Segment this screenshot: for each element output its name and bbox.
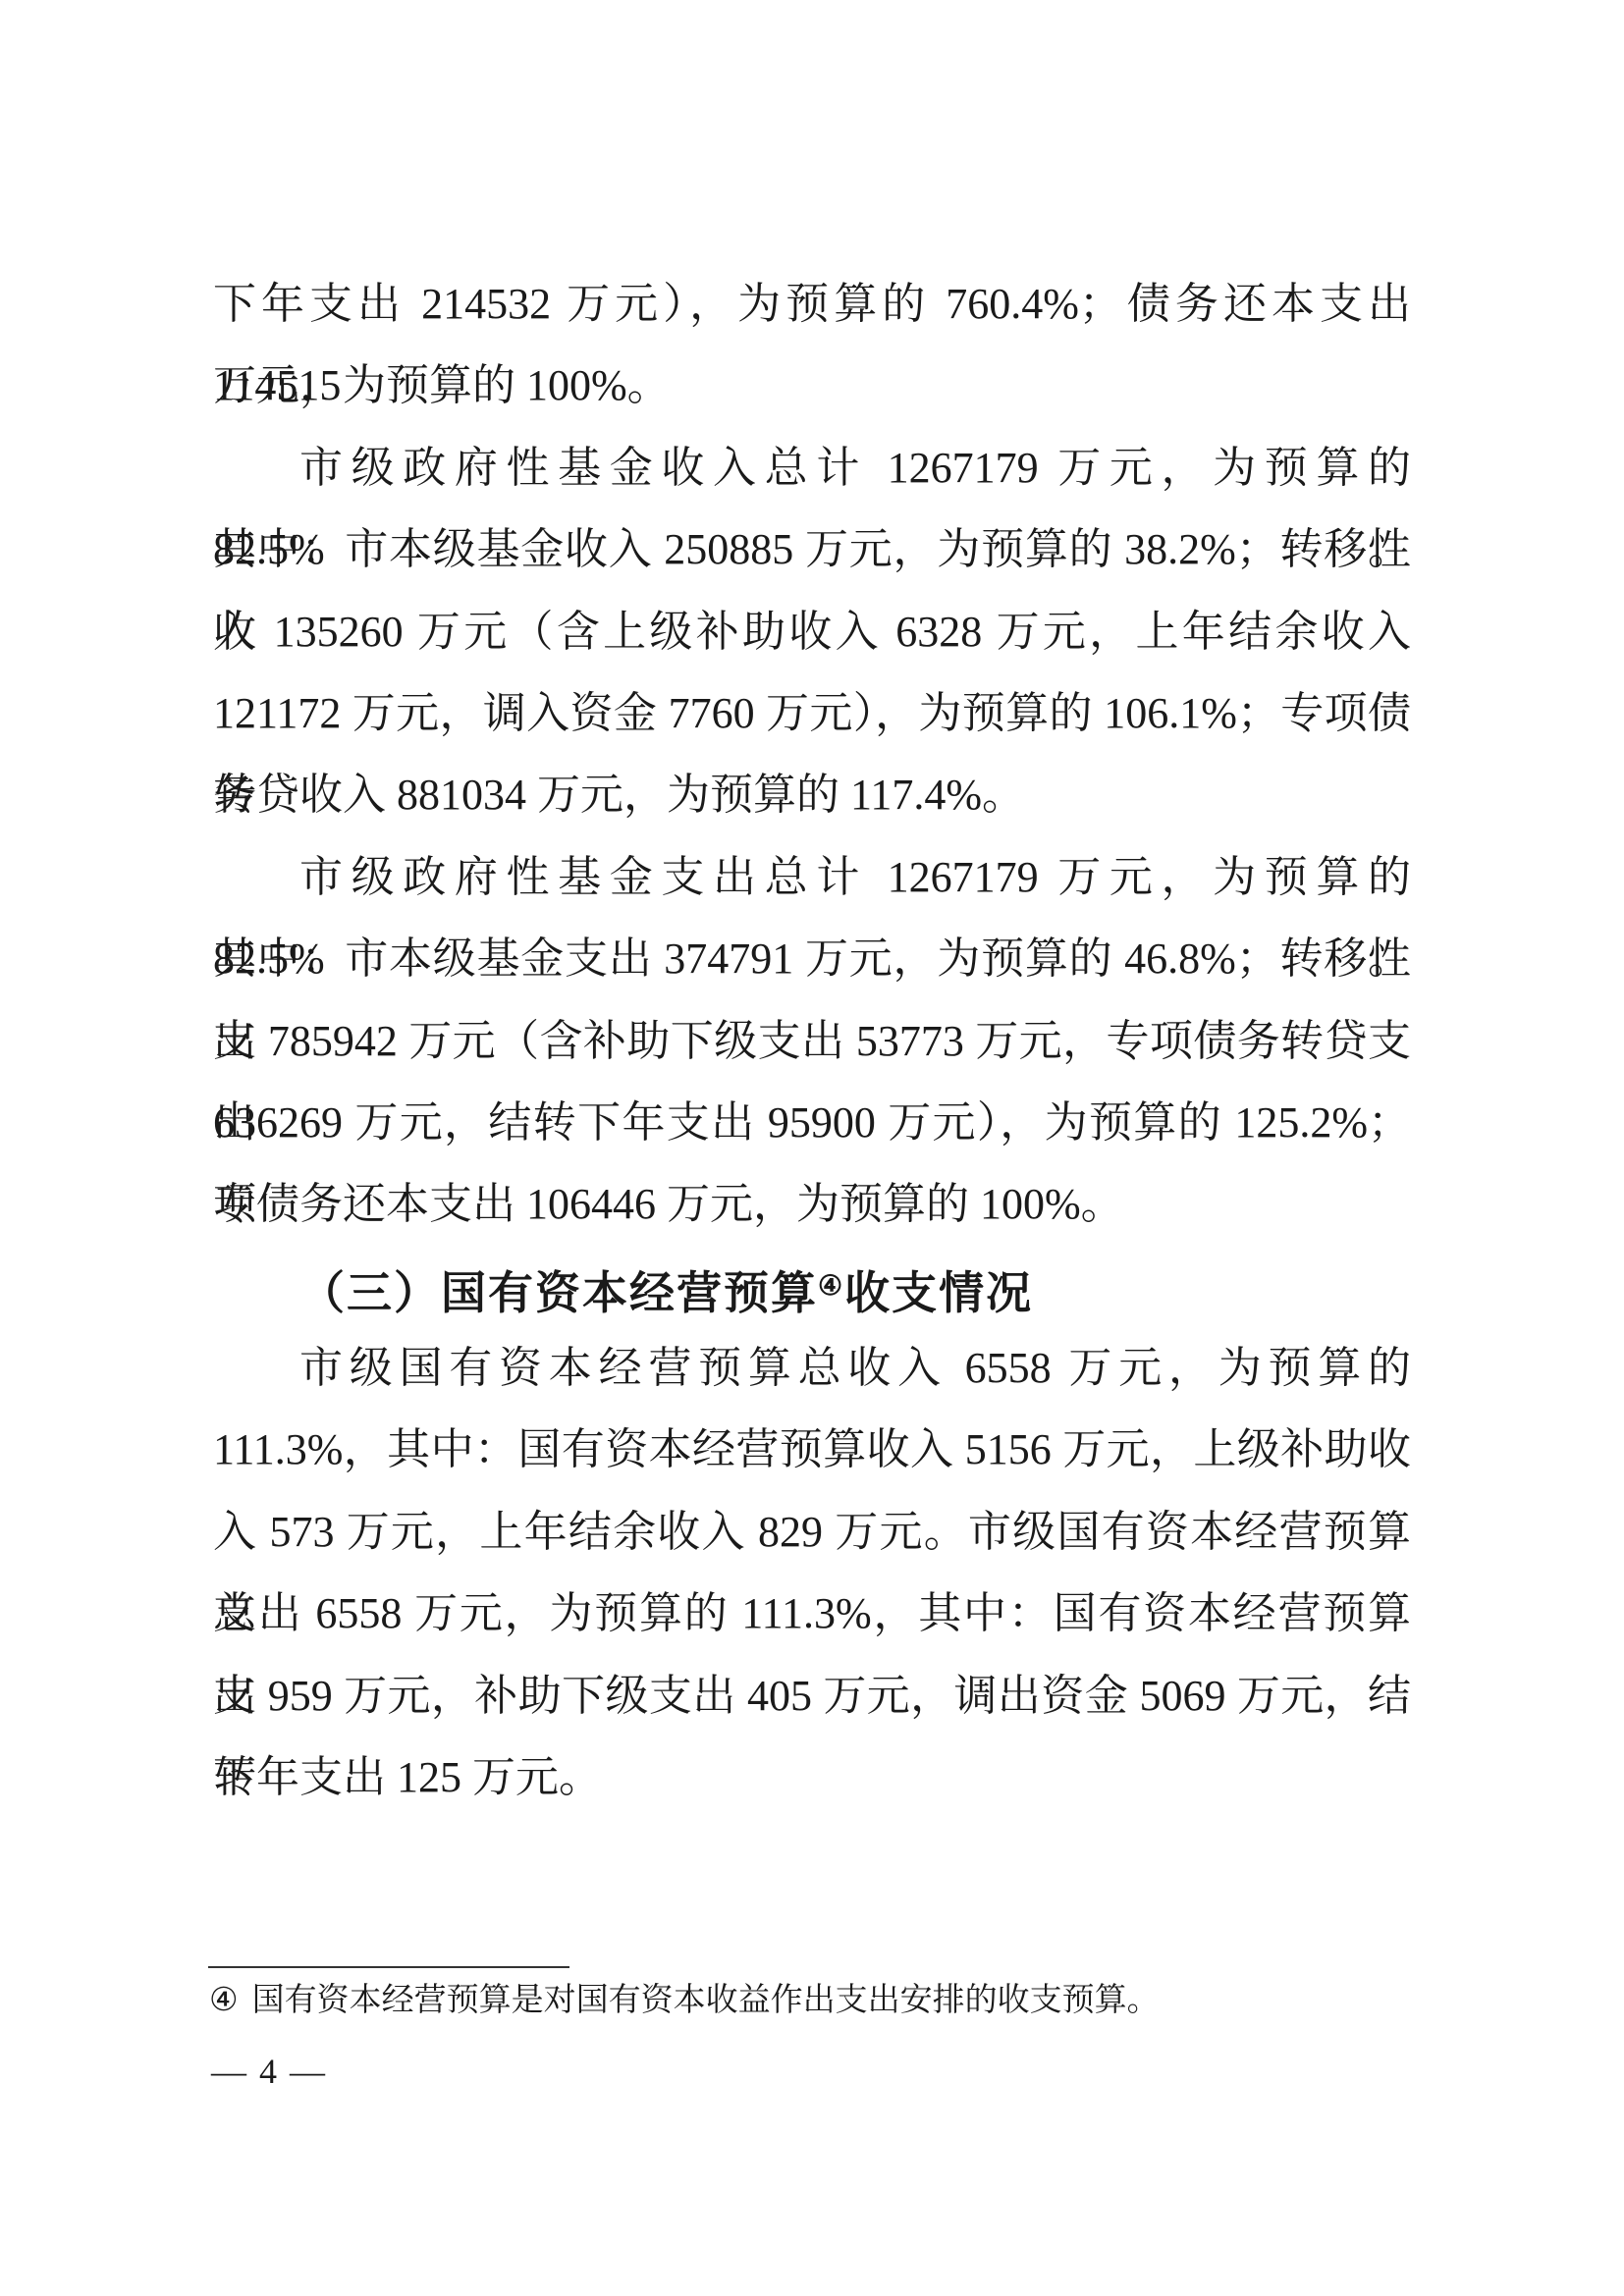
text-line-8: 市级政府性基金支出总计 1267179 万元，为预算的 82.5%。 (213, 836, 1411, 918)
text-line-18: 出 959 万元，补助下级支出 405 万元，调出资金 5069 万元，结转 (213, 1655, 1411, 1736)
text-line-10: 出 785942 万元（含补助下级支出 53773 万元，专项债务转贷支出 (213, 1000, 1411, 1082)
text-line-3: 市级政府性基金收入总计 1267179 万元，为预算的 82.5%。 (213, 427, 1411, 508)
text-line-6: 121172 万元，调入资金 7760 万元），为预算的 106.1%；专项债务 (213, 672, 1411, 754)
footnote-marker: ④ (209, 1983, 239, 2018)
document-body: 下年支出 214532 万元），为预算的 760.4%；债务还本支出 11451… (213, 263, 1411, 1818)
heading-text-prefix: （三）国有资本经营预算 (299, 1268, 818, 1318)
text-line-2: 万元，为预算的 100%。 (213, 345, 1411, 426)
footnote-text: 国有资本经营预算是对国有资本收益作出支出安排的收支预算。 (252, 1983, 1160, 2018)
footnote: ④国有资本经营预算是对国有资本收益作出支出安排的收支预算。 (209, 1975, 1427, 2026)
heading-text-suffix: 收支情况 (844, 1268, 1033, 1318)
text-line-12: 项债务还本支出 106446 万元，为预算的 100%。 (213, 1163, 1411, 1245)
text-line-19: 下年支出 125 万元。 (213, 1736, 1411, 1818)
document-page: 下年支出 214532 万元），为预算的 760.4%；债务还本支出 11451… (0, 0, 1624, 2296)
text-line-11: 636269 万元，结转下年支出 95900 万元），为预算的 125.2%；专 (213, 1082, 1411, 1163)
text-line-4: 其中：市本级基金收入 250885 万元，为预算的 38.2%；转移性收 (213, 508, 1411, 590)
text-line-7: 转贷收入 881034 万元，为预算的 117.4%。 (213, 754, 1411, 835)
text-line-17: 支出 6558 万元，为预算的 111.3%，其中：国有资本经营预算支 (213, 1573, 1411, 1654)
text-line-9: 其中：市本级基金支出 374791 万元，为预算的 46.8%；转移性支 (213, 918, 1411, 999)
text-line-14: 市级国有资本经营预算总收入 6558 万元，为预算的 (213, 1327, 1411, 1409)
page-number: — 4 — (211, 2050, 327, 2093)
text-line-1: 下年支出 214532 万元），为预算的 760.4%；债务还本支出 11451… (213, 263, 1411, 345)
heading-footnote-reference: ④ (818, 1271, 844, 1302)
footnote-separator (208, 1966, 569, 1968)
text-line-15: 111.3%，其中：国有资本经营预算收入 5156 万元，上级补助收 (213, 1409, 1411, 1490)
text-line-5: 入 135260 万元（含上级补助收入 6328 万元，上年结余收入 (213, 591, 1411, 672)
section-heading: （三）国有资本经营预算④收支情况 (213, 1246, 1411, 1327)
text-line-16: 入 573 万元，上年结余收入 829 万元。市级国有资本经营预算总 (213, 1491, 1411, 1573)
